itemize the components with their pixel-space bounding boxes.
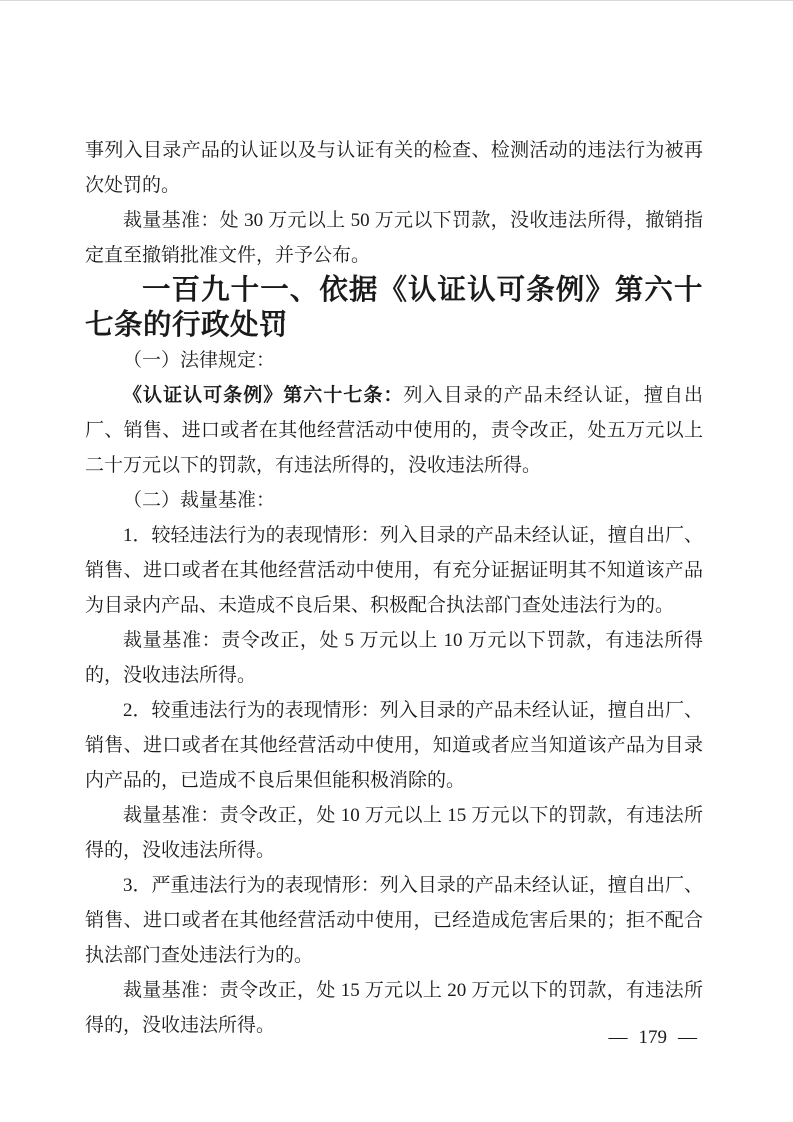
subheading-legal-provision: （一）法律规定： [85, 343, 703, 378]
document-body: 事列入目录产品的认证以及与认证有关的检查、检测活动的违法行为被再次处罚的。 裁量… [85, 133, 703, 1043]
item-1-minor-violation: 1．较轻违法行为的表现情形：列入目录的产品未经认证，擅自出厂、销售、进口或者在其… [85, 518, 703, 623]
item-2-penalty-standard: 裁量基准：责令改正，处 10 万元以上 15 万元以下的罚款，有违法所得的，没收… [85, 798, 703, 868]
item-3-severe-violation: 3．严重违法行为的表现情形：列入目录的产品未经认证，擅自出厂、销售、进口或者在其… [85, 868, 703, 973]
statute-lead: 《认证认可条例》第六十七条： [123, 385, 404, 406]
footer-dash-left: — [609, 1027, 628, 1049]
footer-dash-right: — [678, 1027, 697, 1049]
item-1-penalty-standard: 裁量基准：责令改正，处 5 万元以上 10 万元以下罚款，有违法所得的，没收违法… [85, 623, 703, 693]
page-footer: — 179 — [609, 1027, 698, 1049]
document-page: 事列入目录产品的认证以及与认证有关的检查、检测活动的违法行为被再次处罚的。 裁量… [0, 0, 793, 1122]
section-heading-191: 一百九十一、依据《认证认可条例》第六十七条的行政处罚 [85, 273, 703, 343]
paragraph-penalty-standard-previous: 裁量基准：处 30 万元以上 50 万元以下罚款，没收违法所得，撤销指定直至撤销… [85, 203, 703, 273]
page-top-edge-line [0, 0, 793, 1]
page-number: 179 [639, 1027, 668, 1049]
paragraph-continuation: 事列入目录产品的认证以及与认证有关的检查、检测活动的违法行为被再次处罚的。 [85, 133, 703, 203]
item-2-moderate-violation: 2．较重违法行为的表现情形：列入目录的产品未经认证，擅自出厂、销售、进口或者在其… [85, 693, 703, 798]
statute-paragraph: 《认证认可条例》第六十七条：列入目录的产品未经认证，擅自出厂、销售、进口或者在其… [85, 378, 703, 483]
subheading-discretion-standard: （二）裁量基准： [85, 483, 703, 518]
